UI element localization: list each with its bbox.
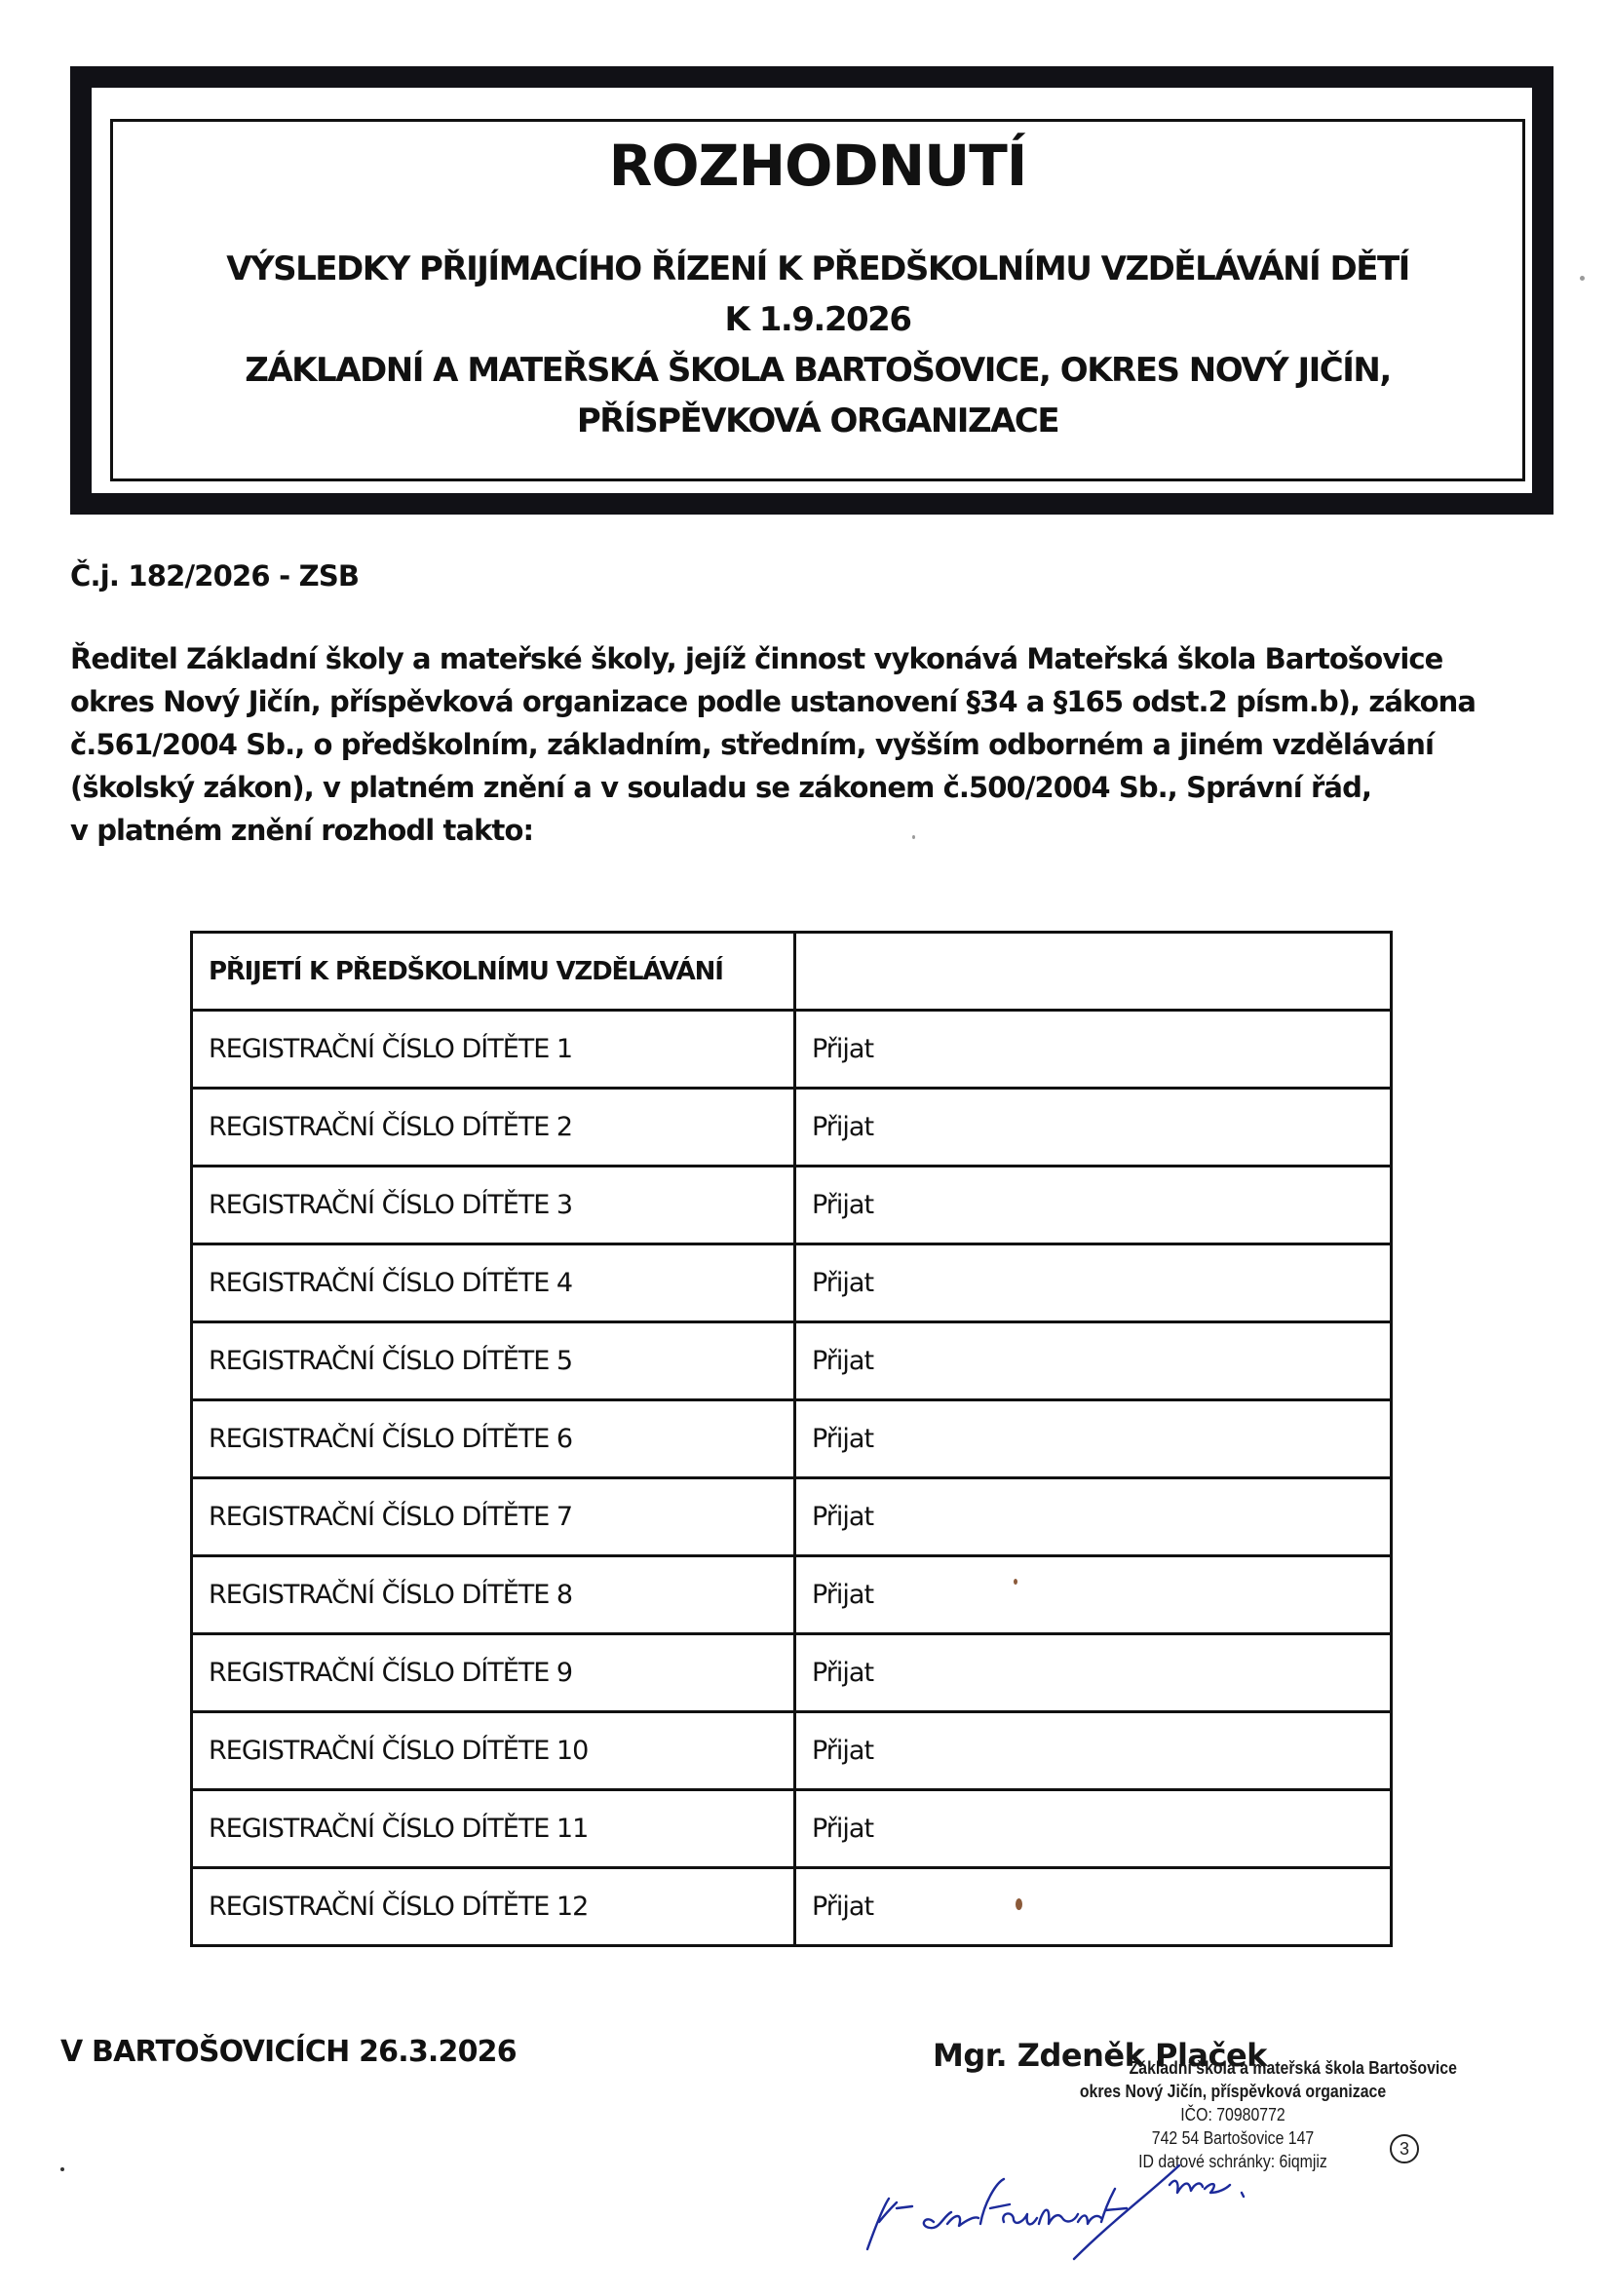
table-row: REGISTRAČNÍ ČÍSLO DÍTĚTE 11Přijat (192, 1790, 1392, 1868)
table-row: REGISTRAČNÍ ČÍSLO DÍTĚTE 9Přijat (192, 1634, 1392, 1712)
stamp-line: Základní škola a mateřská škola Bartošov… (1130, 2056, 1396, 2080)
table-row: REGISTRAČNÍ ČÍSLO DÍTĚTE 2Přijat (192, 1089, 1392, 1167)
registration-number-cell: REGISTRAČNÍ ČÍSLO DÍTĚTE 6 (192, 1400, 795, 1478)
document-subtitle: VÝSLEDKY PŘIJÍMACÍHO ŘÍZENÍ K PŘEDŠKOLNÍ… (113, 244, 1522, 446)
registration-number-cell: REGISTRAČNÍ ČÍSLO DÍTĚTE 8 (192, 1556, 795, 1634)
scan-speck (1014, 1579, 1017, 1585)
admission-status-cell: Přijat (795, 1478, 1392, 1556)
admission-status-cell: Přijat (795, 1712, 1392, 1790)
place-and-date: V BARTOŠOVICÍCH 26.3.2026 (60, 2035, 517, 2069)
stamp-line: okres Nový Jičín, příspěvková organizace (1074, 2080, 1392, 2103)
table-header-cell: PŘIJETÍ K PŘEDŠKOLNÍMU VZDĚLÁVÁNÍ (192, 933, 795, 1011)
admission-status-cell: Přijat (795, 1089, 1392, 1167)
scan-speck (1016, 1898, 1022, 1910)
body-line: v platném znění rozhodl takto: (70, 809, 1552, 852)
subtitle-line: VÝSLEDKY PŘIJÍMACÍHO ŘÍZENÍ K PŘEDŠKOLNÍ… (113, 244, 1522, 294)
scan-speck (60, 2167, 64, 2171)
stamp-line: IČO: 70980772 (1074, 2103, 1392, 2126)
table-row: REGISTRAČNÍ ČÍSLO DÍTĚTE 10Přijat (192, 1712, 1392, 1790)
table-row: REGISTRAČNÍ ČÍSLO DÍTĚTE 5Přijat (192, 1322, 1392, 1400)
registration-number-cell: REGISTRAČNÍ ČÍSLO DÍTĚTE 12 (192, 1868, 795, 1946)
registration-number-cell: REGISTRAČNÍ ČÍSLO DÍTĚTE 7 (192, 1478, 795, 1556)
table-row: REGISTRAČNÍ ČÍSLO DÍTĚTE 1Přijat (192, 1011, 1392, 1089)
subtitle-line: ZÁKLADNÍ A MATEŘSKÁ ŠKOLA BARTOŠOVICE, O… (113, 345, 1522, 396)
registration-number-cell: REGISTRAČNÍ ČÍSLO DÍTĚTE 1 (192, 1011, 795, 1089)
registration-number-cell: REGISTRAČNÍ ČÍSLO DÍTĚTE 11 (192, 1790, 795, 1868)
registration-number-cell: REGISTRAČNÍ ČÍSLO DÍTĚTE 10 (192, 1712, 795, 1790)
body-line: Ředitel Základní školy a mateřské školy,… (70, 637, 1552, 680)
scan-speck (1580, 276, 1585, 281)
subtitle-line: PŘÍSPĚVKOVÁ ORGANIZACE (113, 396, 1522, 446)
header-box: ROZHODNUTÍ VÝSLEDKY PŘIJÍMACÍHO ŘÍZENÍ K… (110, 119, 1525, 481)
table-row: REGISTRAČNÍ ČÍSLO DÍTĚTE 7Přijat (192, 1478, 1392, 1556)
admission-results-table: PŘIJETÍ K PŘEDŠKOLNÍMU VZDĚLÁVÁNÍ REGIST… (190, 931, 1393, 1947)
table-header-cell (795, 933, 1392, 1011)
table-row: REGISTRAČNÍ ČÍSLO DÍTĚTE 4Přijat (192, 1244, 1392, 1322)
scan-speck (912, 835, 915, 839)
reference-number: Č.j. 182/2026 - ZSB (70, 559, 359, 593)
registration-number-cell: REGISTRAČNÍ ČÍSLO DÍTĚTE 5 (192, 1322, 795, 1400)
body-line: (školský zákon), v platném znění a v sou… (70, 766, 1552, 809)
table-row: REGISTRAČNÍ ČÍSLO DÍTĚTE 8Přijat (192, 1556, 1392, 1634)
decision-statement: Ředitel Základní školy a mateřské školy,… (70, 637, 1552, 852)
table-row: REGISTRAČNÍ ČÍSLO DÍTĚTE 12Přijat (192, 1868, 1392, 1946)
registration-number-cell: REGISTRAČNÍ ČÍSLO DÍTĚTE 3 (192, 1167, 795, 1244)
table-header-row: PŘIJETÍ K PŘEDŠKOLNÍMU VZDĚLÁVÁNÍ (192, 933, 1392, 1011)
registration-number-cell: REGISTRAČNÍ ČÍSLO DÍTĚTE 4 (192, 1244, 795, 1322)
admission-status-cell: Přijat (795, 1011, 1392, 1089)
admission-status-cell: Přijat (795, 1244, 1392, 1322)
document-title: ROZHODNUTÍ (113, 132, 1522, 200)
admission-status-cell: Přijat (795, 1322, 1392, 1400)
body-line: okres Nový Jičín, příspěvková organizace… (70, 680, 1552, 723)
subtitle-line: K 1.9.2026 (113, 294, 1522, 345)
admission-status-cell: Přijat (795, 1868, 1392, 1946)
table-row: REGISTRAČNÍ ČÍSLO DÍTĚTE 3Přijat (192, 1167, 1392, 1244)
handwritten-signature-icon (858, 2154, 1306, 2261)
admission-status-cell: Přijat (795, 1400, 1392, 1478)
registration-number-cell: REGISTRAČNÍ ČÍSLO DÍTĚTE 2 (192, 1089, 795, 1167)
table-row: REGISTRAČNÍ ČÍSLO DÍTĚTE 6Přijat (192, 1400, 1392, 1478)
admission-status-cell: Přijat (795, 1167, 1392, 1244)
body-line: č.561/2004 Sb., o předškolním, základním… (70, 723, 1552, 766)
admission-status-cell: Přijat (795, 1634, 1392, 1712)
stamp-number-badge: 3 (1390, 2134, 1419, 2163)
registration-number-cell: REGISTRAČNÍ ČÍSLO DÍTĚTE 9 (192, 1634, 795, 1712)
stamp-line: 742 54 Bartošovice 147 (1074, 2126, 1392, 2150)
admission-status-cell: Přijat (795, 1556, 1392, 1634)
admission-status-cell: Přijat (795, 1790, 1392, 1868)
